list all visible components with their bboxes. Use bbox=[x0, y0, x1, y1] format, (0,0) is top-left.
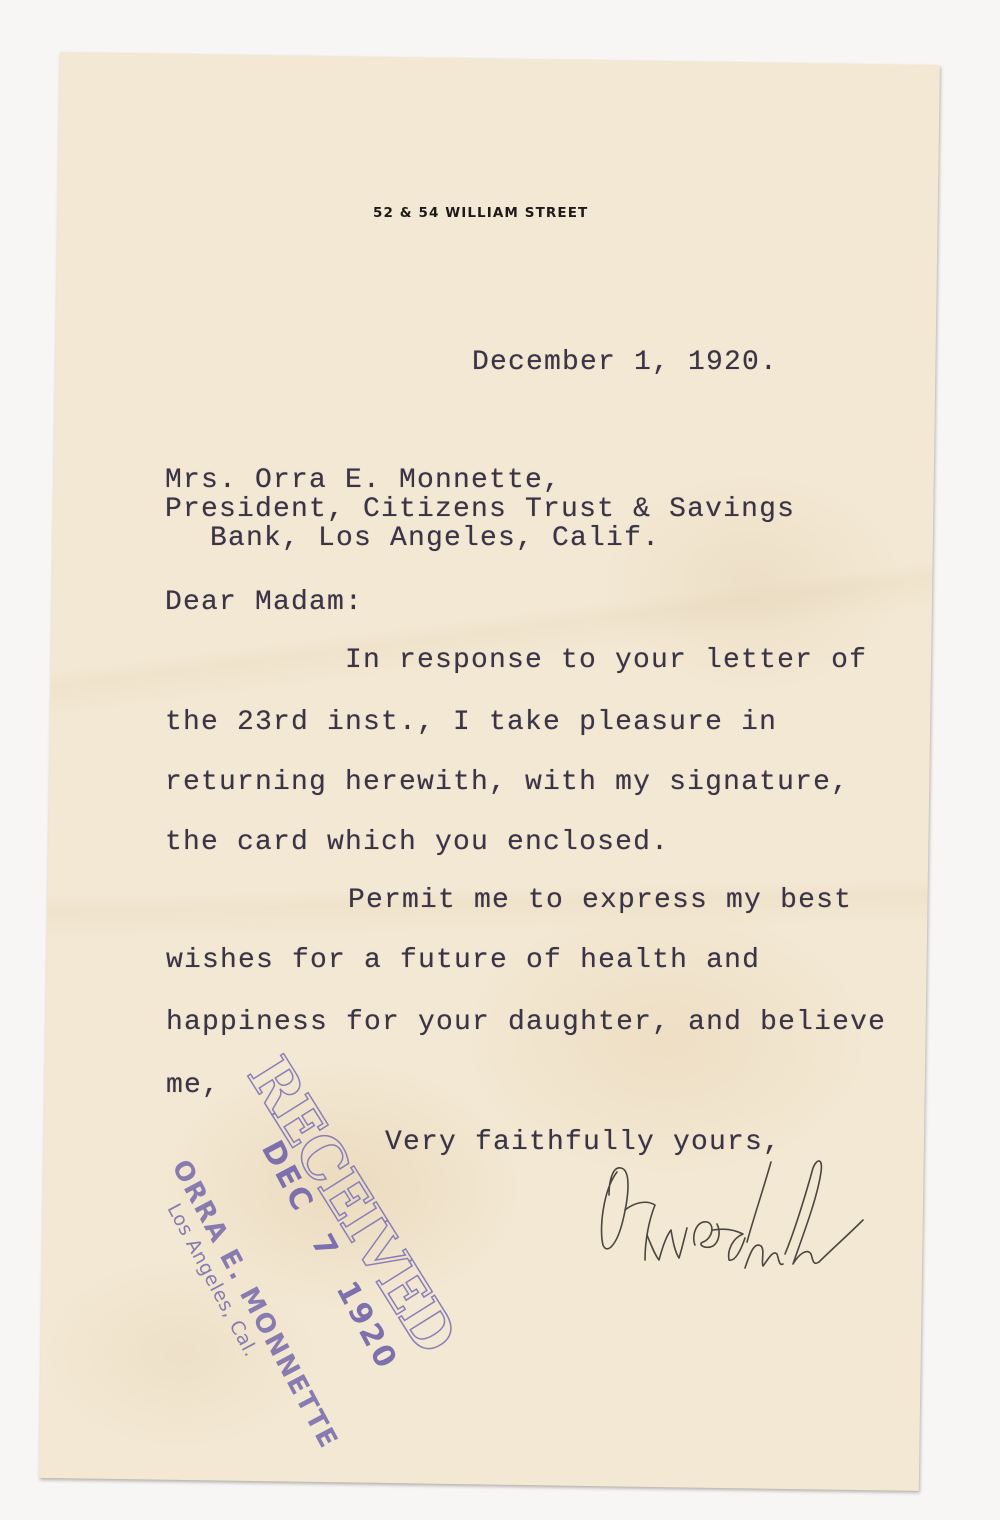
letterhead-address: 52 & 54 WILLIAM STREET bbox=[373, 205, 588, 221]
body-line: wishes for a future of health and bbox=[166, 947, 760, 975]
body-line: me, bbox=[166, 1072, 220, 1100]
body-line: returning herewith, with my signature, bbox=[165, 769, 849, 797]
body-line: In response to your letter of bbox=[345, 647, 867, 675]
body-line: Permit me to express my best bbox=[348, 887, 852, 915]
recipient-line: Bank, Los Angeles, Calif. bbox=[210, 525, 660, 553]
body-line: happiness for your daughter, and believe bbox=[166, 1009, 886, 1037]
salutation: Dear Madam: bbox=[165, 589, 363, 617]
recipient-line: President, Citizens Trust & Savings bbox=[165, 496, 795, 524]
body-line: the card which you enclosed. bbox=[165, 829, 669, 857]
handwritten-signature bbox=[595, 1150, 875, 1280]
recipient-line: Mrs. Orra E. Monnette, bbox=[165, 467, 561, 495]
letter-date: December 1, 1920. bbox=[472, 349, 778, 377]
body-line: the 23rd inst., I take pleasure in bbox=[165, 709, 777, 737]
